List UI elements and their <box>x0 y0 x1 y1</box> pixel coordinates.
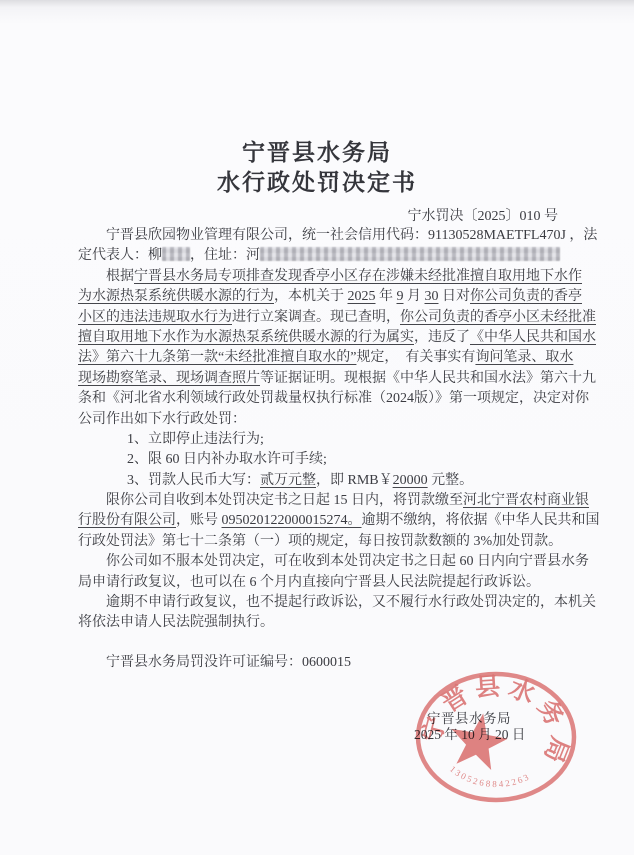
text-segment: 元整。 <box>428 473 474 488</box>
underlined-text: 河北宁晋农村商业银 <box>463 493 589 508</box>
scanned-penalty-decision-document: 宁晋县水务局 水行政处罚决定书 宁水罚决〔2025〕010 号 宁晋县欣园物业管… <box>0 0 634 855</box>
text-line: 现场勘察笔录、现场调查照片等证据证明。现根据《中华人民共和国水法》第六十九 <box>78 369 562 389</box>
text-segment: ，住址：河 <box>190 248 260 263</box>
underlined-text: 法》第六十九条第一款 <box>78 350 218 365</box>
underlined-text: 9 <box>397 289 404 304</box>
underlined-text: 你公司负责的香亭小区未经批准 <box>400 310 596 325</box>
text-segment: 将依法申请人民法院强制执行。 <box>78 615 274 630</box>
text-line: 局申请行政复议，也可以在 6 个月内直接向宁晋县人民法院提起行政诉讼。 <box>78 573 562 593</box>
text-line: 法》第六十九条第一款“未经批准擅自取水的”规定， 有关事实有询问笔录、取水 <box>78 348 562 368</box>
text-line: 擅自取用地下水作为水源热泵系统供暖水源的行为属实，违反了《中华人民共和国水 <box>78 328 562 348</box>
underlined-text: 095020122000015274。 <box>222 513 362 528</box>
underlined-text: 擅自取用地下水作为水源热泵系统供暖水源的行为属实 <box>78 330 414 345</box>
text-line: 行股份有限公司，账号 095020122000015274。逾期不缴纳，将依据《… <box>78 511 562 531</box>
text-line: 逾期不申请行政复议，也不提起行政诉讼，又不履行水行政处罚决定的，本机关 <box>78 593 562 613</box>
text-line: 条和《河北省水利领域行政处罚裁量权执行标准（2024版）》第一项规定，决定对你 <box>78 389 562 409</box>
text-segment: 行政处罚法》第七十二条第（一）项的规定，每日按罚款数额的 3%加处罚款。 <box>78 534 562 549</box>
underlined-text: 2025 <box>348 289 376 304</box>
text-segment: 根据 <box>106 269 134 284</box>
redaction-bar <box>260 247 560 261</box>
text-line: 根据宁晋县水务局专项排查发现香亭小区存在涉嫌未经批准擅自取用地下水作 <box>78 267 562 287</box>
text-line: 宁晋县欣园物业管理有限公司，统一社会信用代码：91130528MAETFL470… <box>78 226 562 246</box>
text-segment: 月 <box>404 289 425 304</box>
underlined-text: 行股份有限公司 <box>78 513 176 528</box>
document-title-agency: 宁晋县水务局 <box>0 134 634 167</box>
svg-text:1305268842263: 1305268842263 <box>448 764 532 789</box>
permit-number-text: 宁晋县水务局罚没许可证编号：0600015 <box>78 655 351 670</box>
text-segment: 年 <box>376 289 397 304</box>
text-segment: 逾期不缴纳，将依据《中华人民共和国 <box>362 513 600 528</box>
text-segment: 局申请行政复议，也可以在 6 个月内直接向宁晋县人民法院提起行政诉讼。 <box>78 575 540 590</box>
text-line: 1、立即停止违法行为; <box>78 430 562 450</box>
underlined-text: 宁晋县水务局专项排查发现香亭小区存在涉嫌未经批准擅自取用地下水作 <box>134 269 582 284</box>
text-line: 将依法申请人民法院强制执行。 <box>78 613 562 633</box>
text-segment: 公司作出如下水行政处罚： <box>78 412 246 427</box>
text-segment: 进行立案调查。现已查明， <box>232 310 400 325</box>
body-lines: 宁晋县欣园物业管理有限公司，统一社会信用代码：91130528MAETFL470… <box>78 226 562 634</box>
text-segment: 1、立即停止违法行为; <box>127 432 264 447</box>
text-segment: 逾期不申请行政复议，也不提起行政诉讼，又不履行水行政处罚决定的，本机关 <box>106 595 596 610</box>
redaction-bar <box>162 247 190 261</box>
text-segment: ，账号 <box>176 513 222 528</box>
text-segment: ，本机关于 <box>274 289 348 304</box>
text-segment: 限你公司自收到本处罚决定书之日起 15 日内，将罚款缴至 <box>106 493 463 508</box>
text-line: 3、罚款人民币大写：贰万元整，即 RMB￥20000 元整。 <box>78 471 562 491</box>
text-line: 为水源热泵系统供暖水源的行为，本机关于 2025 年 9 月 30 日对你公司负… <box>78 287 562 307</box>
underlined-text: 现场勘察笔录、现场调查照片 <box>78 371 260 386</box>
text-segment: 你公司如不服本处罚决定，可在收到本处罚决定书之日起 60 日内向宁晋县水务 <box>106 554 589 569</box>
document-title-type: 水行政处罚决定书 <box>0 164 634 197</box>
text-line: 限你公司自收到本处罚决定书之日起 15 日内，将罚款缴至河北宁晋农村商业银 <box>78 491 562 511</box>
underlined-text: 20000 <box>393 473 428 488</box>
text-segment: 等证据证明。现根据《中华人民共和国水法》第六十九 <box>260 371 596 386</box>
signature-date: 2025 年 10 月 20 日 <box>414 723 525 743</box>
permit-number-line: 宁晋县水务局罚没许可证编号：0600015 <box>78 651 562 671</box>
text-line: 你公司如不服本处罚决定，可在收到本处罚决定书之日起 60 日内向宁晋县水务 <box>78 552 562 572</box>
text-line: 公司作出如下水行政处罚： <box>78 410 562 430</box>
underlined-text: 《中华人民共和国水 <box>470 330 596 345</box>
text-segment: ，违反了 <box>414 330 470 345</box>
text-segment: 定代表人：柳 <box>78 248 162 263</box>
text-line: 行政处罚法》第七十二条第（一）项的规定，每日按罚款数额的 3%加处罚款。 <box>78 532 562 552</box>
text-segment: ，即 RMB￥ <box>316 473 393 488</box>
document-number: 宁水罚决〔2025〕010 号 <box>78 205 558 225</box>
text-segment: 日对 <box>439 289 471 304</box>
seal-code: 1305268842263 <box>448 764 532 789</box>
text-segment: 2、限 60 日内补办取水许可手续; <box>127 452 327 467</box>
text-line: 小区的违法违规取水行为进行立案调查。现已查明，你公司负责的香亭小区未经批准 <box>78 308 562 328</box>
underlined-text: 你公司负责的香亭 <box>470 289 582 304</box>
text-segment: 宁晋县欣园物业管理有限公司，统一社会信用代码：91130528MAETFL470… <box>106 228 597 243</box>
text-line: 2、限 60 日内补办取水许可手续; <box>78 450 562 470</box>
underlined-text: 30 <box>425 289 439 304</box>
underlined-text: 询问笔录、取水 <box>475 350 573 365</box>
underlined-text: 小区的违法违规取水行为 <box>78 310 232 325</box>
text-segment: 规定， 有关事实有 <box>356 350 475 365</box>
text-segment: 条和《河北省水利领域行政处罚裁量权执行标准（2024版）》第一项规定，决定对你 <box>78 391 589 406</box>
underlined-text: 为水源热泵系统供暖水源的行为 <box>78 289 274 304</box>
text-segment: 3、罚款人民币大写： <box>127 473 260 488</box>
underlined-text: 贰万元整 <box>260 473 316 488</box>
text-line: 定代表人：柳，住址：河 <box>78 246 562 266</box>
underlined-text: “未经批准擅自取水的” <box>218 350 356 365</box>
